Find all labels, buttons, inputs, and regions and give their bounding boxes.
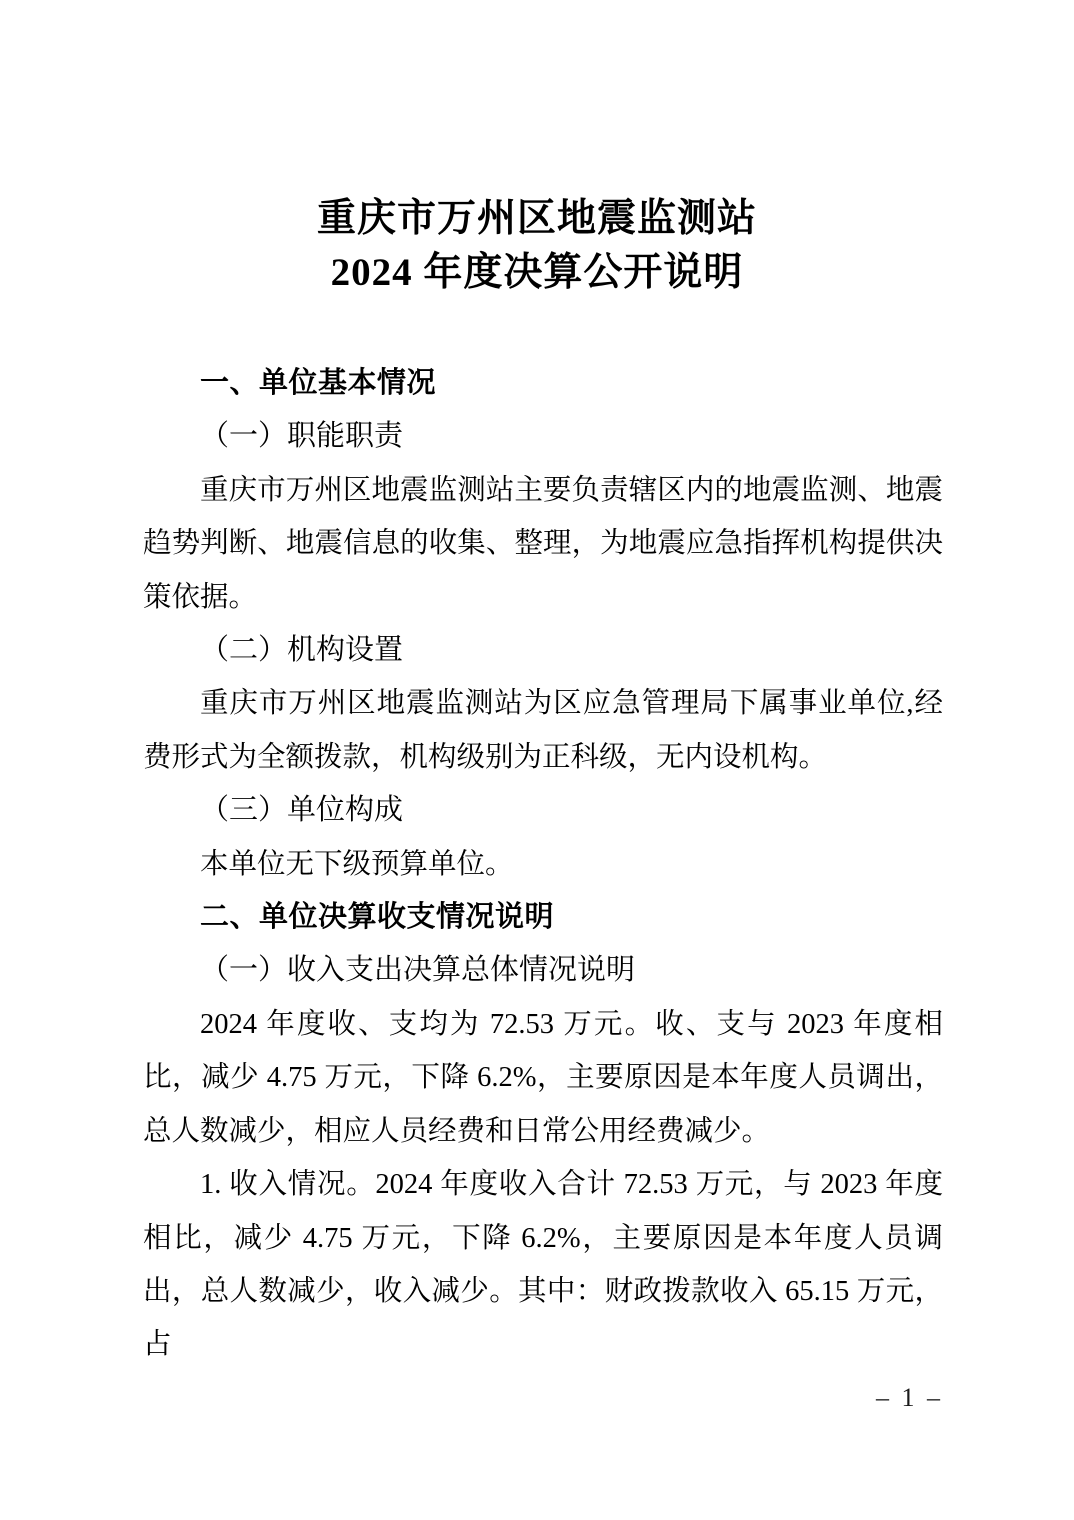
document-body: 一、单位基本情况 （一）职能职责 重庆市万州区地震监测站主要负责辖区内的地震监测… xyxy=(143,357,943,1372)
subsection-heading-duties: （一）职能职责 xyxy=(143,410,943,463)
section-heading-final-accounts: 二、单位决算收支情况说明 xyxy=(143,891,943,944)
document-title-line1: 重庆市万州区地震监测站 xyxy=(137,192,937,246)
document-title: 重庆市万州区地震监测站 2024 年度决算公开说明 xyxy=(137,192,937,300)
paragraph-overall-situation: 2024 年度收、支均为 72.53 万元。收、支与 2023 年度相比，减少 … xyxy=(143,998,943,1158)
paragraph-organization: 重庆市万州区地震监测站为区应急管理局下属事业单位,经费形式为全额拨款，机构级别为… xyxy=(143,677,943,784)
subsection-heading-overall-situation: （一）收入支出决算总体情况说明 xyxy=(143,944,943,997)
paragraph-income-situation: 1. 收入情况。2024 年度收入合计 72.53 万元，与 2023 年度相比… xyxy=(143,1158,943,1372)
document-title-line2: 2024 年度决算公开说明 xyxy=(137,246,937,300)
document-page: 重庆市万州区地震监测站 2024 年度决算公开说明 一、单位基本情况 （一）职能… xyxy=(0,0,1074,1520)
paragraph-duties: 重庆市万州区地震监测站主要负责辖区内的地震监测、地震趋势判断、地震信息的收集、整… xyxy=(143,464,943,624)
section-heading-basic-info: 一、单位基本情况 xyxy=(143,357,943,410)
page-number: – 1 – xyxy=(876,1383,943,1413)
paragraph-composition: 本单位无下级预算单位。 xyxy=(143,838,943,891)
subsection-heading-composition: （三）单位构成 xyxy=(143,784,943,837)
subsection-heading-organization: （二）机构设置 xyxy=(143,624,943,677)
